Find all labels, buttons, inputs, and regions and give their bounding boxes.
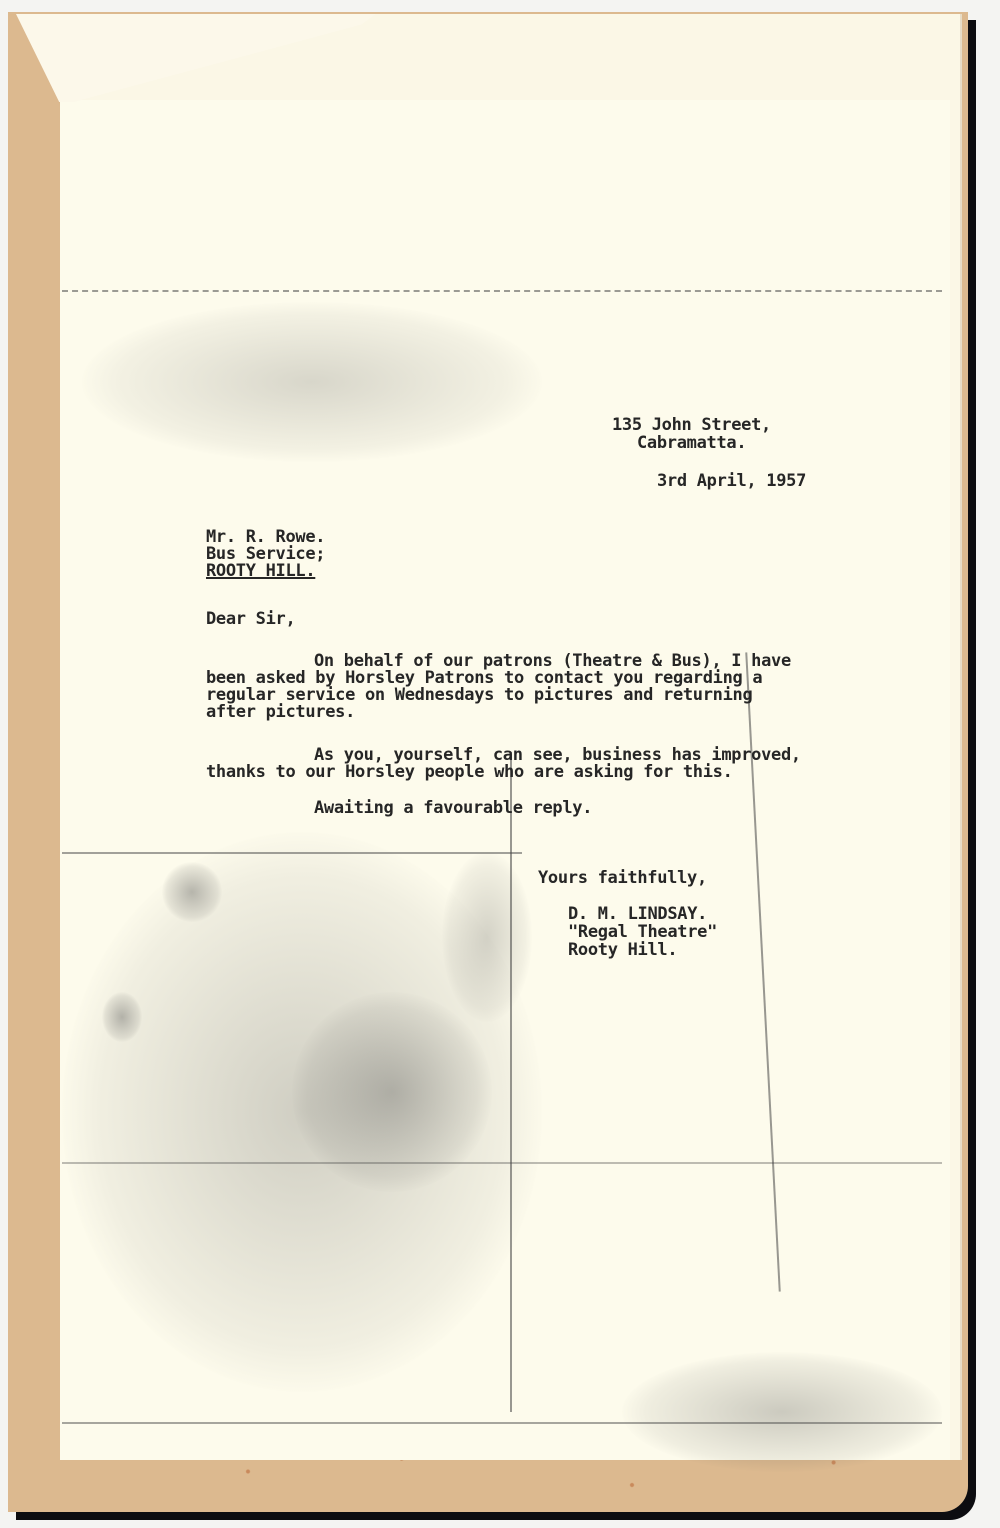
signature-name: D. M. LINDSAY. xyxy=(568,906,707,923)
letter-date: 3rd April, 1957 xyxy=(657,473,806,490)
signature-business: "Regal Theatre" xyxy=(568,924,717,941)
body-paragraph1-line4: after pictures. xyxy=(206,704,355,721)
recipient-location: ROOTY HILL. xyxy=(206,563,315,580)
sender-address-line1: 135 John Street, xyxy=(612,417,771,434)
body-paragraph2-line2: thanks to our Horsley people who are ask… xyxy=(206,764,733,781)
salutation: Dear Sir, xyxy=(206,611,295,628)
sender-address-line2: Cabramatta. xyxy=(637,435,746,452)
body-paragraph3: Awaiting a favourable reply. xyxy=(314,800,592,817)
signature-location: Rooty Hill. xyxy=(568,942,677,959)
closing: Yours faithfully, xyxy=(538,870,707,887)
typewritten-letter: 135 John Street, Cabramatta. 3rd April, … xyxy=(0,0,1000,1528)
